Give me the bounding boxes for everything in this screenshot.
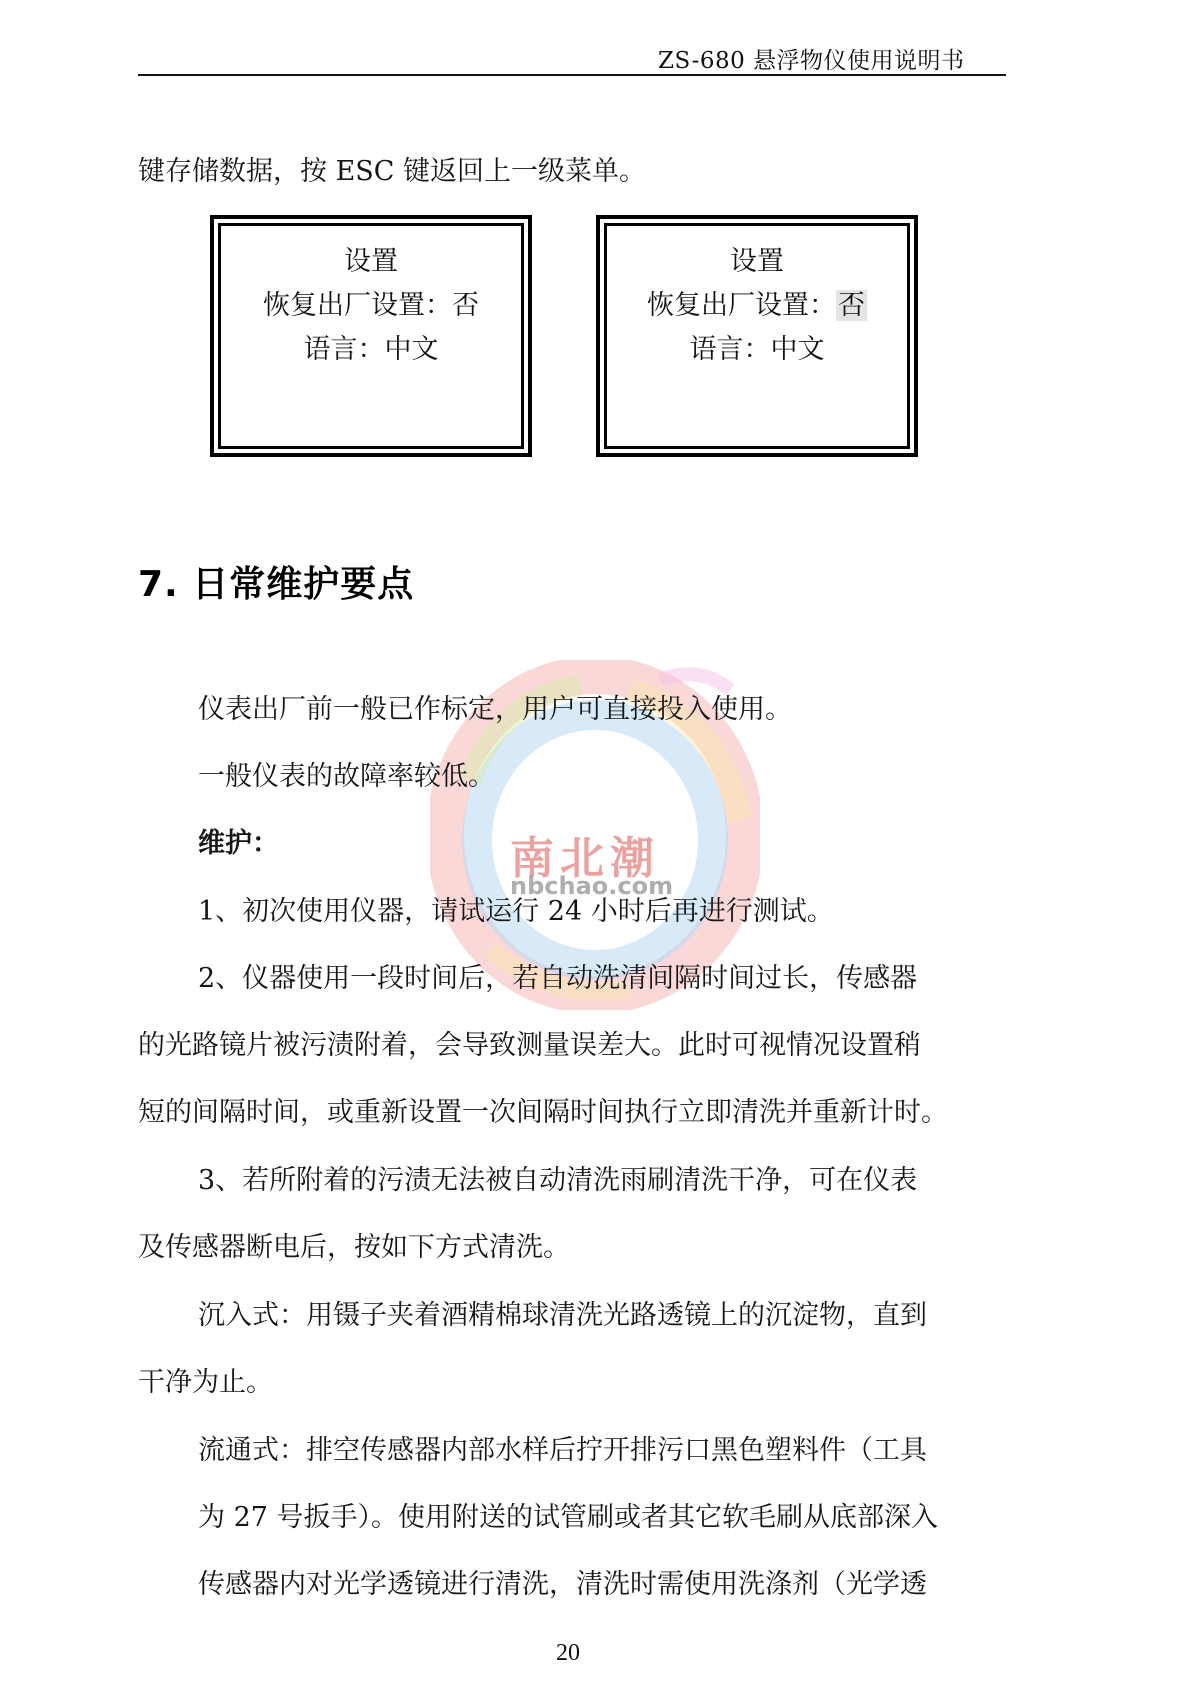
paragraph-line: 为 27 号扳手）。使用附送的试管刷或者其它软毛刷从底部深入 [198,1502,938,1534]
lcd-row-language: 语言：中文 [214,327,528,366]
lcd-screen-selected: 设置 恢复出厂设置：否 语言：中文 [596,215,918,457]
paragraph-line: 一般仪表的故障率较低。 [198,761,495,793]
paragraph-line: 3、若所附着的污渍无法被自动清洗雨刷清洗干净，可在仪表 [198,1165,917,1197]
lcd-row-factory-reset: 恢复出厂设置：否 [214,283,528,322]
paragraph-line: 干净为止。 [138,1367,273,1399]
factory-reset-value-highlighted: 否 [836,290,867,321]
paragraph-line: 沉入式：用镊子夹着酒精棉球清洗光路透镜上的沉淀物，直到 [198,1300,927,1332]
intro-text: 键存储数据，按 ESC 键返回上一级菜单。 [138,156,646,188]
page-number: 20 [556,1640,580,1667]
lcd-row-factory-reset: 恢复出厂设置：否 [600,283,914,322]
header-divider [138,74,1006,76]
paragraph-line: 传感器内对光学透镜进行清洗，清洗时需使用洗涤剂（光学透 [198,1569,927,1601]
lcd-screen-default: 设置 恢复出厂设置：否 语言：中文 [210,215,532,457]
factory-reset-label: 恢复出厂设置： [263,290,452,321]
lcd-title: 设置 [214,239,528,278]
paragraph-line: 的光路镜片被污渍附着，会导致测量误差大。此时可视情况设置稍 [138,1030,921,1062]
paragraph-line: 及传感器断电后，按如下方式清洗。 [138,1232,570,1264]
lcd-title: 设置 [600,239,914,278]
paragraph-line: 2、仪器使用一段时间后，若自动洗清间隔时间过长，传感器 [198,963,917,995]
maintenance-label: 维护： [198,828,279,860]
paragraph-line: 短的间隔时间，或重新设置一次间隔时间执行立即清洗并重新计时。 [138,1097,948,1129]
factory-reset-value: 否 [452,290,479,321]
factory-reset-label: 恢复出厂设置： [647,290,836,321]
paragraph-line: 流通式：排空传感器内部水样后拧开排污口黑色塑料件（工具 [198,1435,927,1467]
lcd-row-language: 语言：中文 [600,327,914,366]
section-heading: 7. 日常维护要点 [138,556,414,607]
document-title: ZS-680 悬浮物仪使用说明书 [658,42,965,75]
paragraph-line: 仪表出厂前一般已作标定，用户可直接投入使用。 [198,694,792,726]
paragraph-line: 1、初次使用仪器，请试运行 24 小时后再进行测试。 [198,896,834,928]
